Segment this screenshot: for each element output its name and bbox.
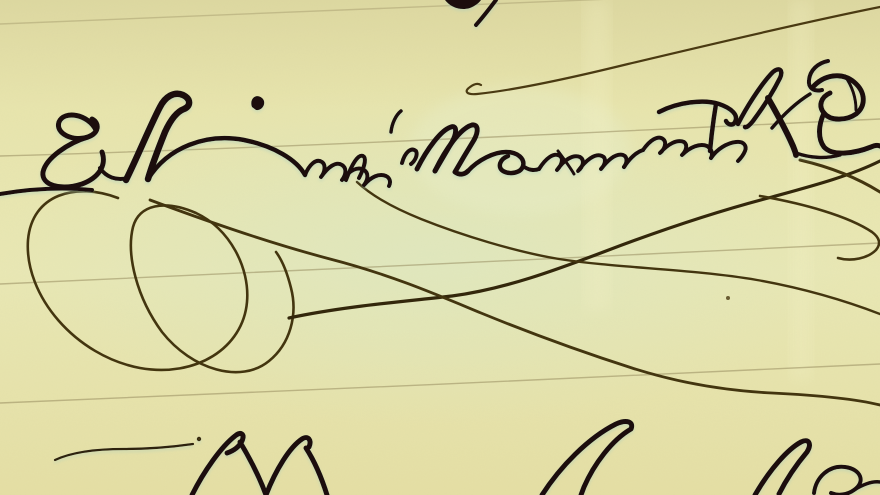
ink-speck	[726, 296, 730, 300]
signature-scan-canvas: Close-up scan of a handwritten signature…	[0, 0, 880, 495]
scanned-signature-photo: Close-up scan of a handwritten signature…	[0, 0, 880, 495]
ink-speck	[197, 437, 200, 440]
